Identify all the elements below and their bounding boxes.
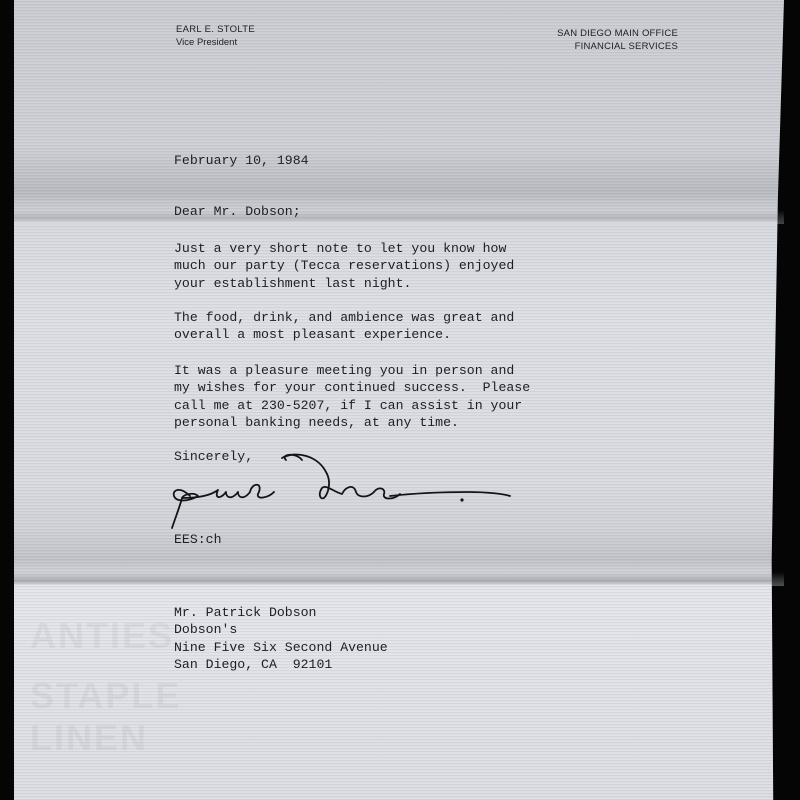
letterhead-office: SAN DIEGO MAIN OFFICE FINANCIAL SERVICES [557, 27, 678, 53]
typist-initials: EES:ch [174, 531, 221, 548]
letter-paragraph-1: Just a very short note to let you know h… [174, 240, 514, 292]
sender-title: Vice President [176, 36, 255, 49]
recipient-address: Mr. Patrick Dobson Dobson's Nine Five Si… [174, 604, 388, 673]
letter-paragraph-2: The food, drink, and ambience was great … [174, 309, 514, 344]
sender-name: EARL E. STOLTE [176, 23, 255, 36]
letter-paragraph-3: It was a pleasure meeting you in person … [174, 362, 530, 431]
signature-icon [168, 446, 518, 536]
letter-salutation: Dear Mr. Dobson; [174, 203, 301, 220]
letterhead-sender: EARL E. STOLTE Vice President [176, 23, 255, 49]
letter-date: February 10, 1984 [174, 152, 309, 169]
office-name: SAN DIEGO MAIN OFFICE [557, 27, 678, 40]
office-department: FINANCIAL SERVICES [557, 40, 678, 53]
